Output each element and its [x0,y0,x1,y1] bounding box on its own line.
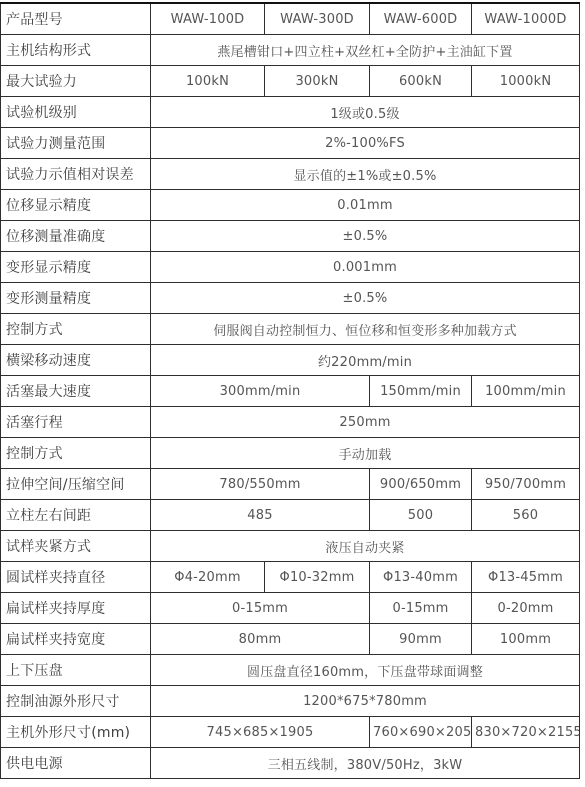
table-row: 试验力示值相对误差 显示值的±1%或±0.5% [1,159,580,190]
spec-value: 1200*675*780mm [151,686,580,717]
spec-value: 显示值的±1%或±0.5% [151,159,580,190]
spec-value: 1级或0.5级 [151,97,580,128]
spec-value: 约220mm/min [151,345,580,376]
table-row: 试验力测量范围 2%-100%FS [1,128,580,159]
spec-label: 试验力测量范围 [1,128,151,159]
spec-label: 位移显示精度 [1,190,151,221]
spec-value: 100kN [151,66,265,97]
spec-label: 试验力示值相对误差 [1,159,151,190]
table-row: 控制方式 伺服阀自动控制恒力、恒位移和恒变形多种加载方式 [1,314,580,345]
table-row: 活塞行程 250mm [1,407,580,438]
table-row: 变形显示精度 0.001mm [1,252,580,283]
spec-value: 100mm [472,624,580,655]
spec-label: 最大试验力 [1,66,151,97]
spec-value: 760×690×2055 [370,717,472,748]
spec-value: 745×685×1905 [151,717,370,748]
table-row: 上下压盘 圆压盘直径160mm，下压盘带球面调整 [1,655,580,686]
table-row: 位移测量准确度 ±0.5% [1,221,580,252]
spec-label: 扁试样夹持宽度 [1,624,151,655]
spec-value: 三相五线制，380V/50Hz，3kW [151,748,580,779]
table-row: 控制油源外形尺寸 1200*675*780mm [1,686,580,717]
spec-label: 活塞行程 [1,407,151,438]
spec-value: 0.01mm [151,190,580,221]
table-row: 立柱左右间距 485 500 560 [1,500,580,531]
spec-value: 830×720×2155 [472,717,580,748]
spec-value: 伺服阀自动控制恒力、恒位移和恒变形多种加载方式 [151,314,580,345]
spec-value: 液压自动夹紧 [151,531,580,562]
spec-label: 圆试样夹持直径 [1,562,151,593]
spec-label: 变形显示精度 [1,252,151,283]
spec-value: 手动加载 [151,438,580,469]
table-row: 拉伸空间/压缩空间 780/550mm 900/650mm 950/700mm [1,469,580,500]
table-row: 变形测量精度 ±0.5% [1,283,580,314]
spec-label: 位移测量准确度 [1,221,151,252]
spec-label: 控制方式 [1,314,151,345]
spec-label: 产品型号 [1,3,151,35]
spec-value: Φ10-32mm [265,562,370,593]
spec-label: 活塞最大速度 [1,376,151,407]
spec-value: 300mm/min [151,376,370,407]
table-row: 活塞最大速度 300mm/min 150mm/min 100mm/min [1,376,580,407]
spec-value: 560 [472,500,580,531]
spec-label: 上下压盘 [1,655,151,686]
spec-value: 485 [151,500,370,531]
spec-value: 100mm/min [472,376,580,407]
table-row: 主机外形尺寸(mm) 745×685×1905 760×690×2055 830… [1,717,580,748]
spec-value: Φ13-45mm [472,562,580,593]
spec-value: 2%-100%FS [151,128,580,159]
table-row: 试验机级别 1级或0.5级 [1,97,580,128]
spec-value: 圆压盘直径160mm，下压盘带球面调整 [151,655,580,686]
spec-label: 供电电源 [1,748,151,779]
table-row: 主机结构形式 燕尾槽钳口+四立柱+双丝杠+全防护+主油缸下置 [1,35,580,66]
table-row-model: 产品型号 WAW-100D WAW-300D WAW-600D WAW-1000… [1,3,580,35]
spec-value: 0-20mm [472,593,580,624]
model-cell: WAW-1000D [472,3,580,35]
model-cell: WAW-100D [151,3,265,35]
spec-value: 0-15mm [151,593,370,624]
spec-label: 立柱左右间距 [1,500,151,531]
spec-value: 80mm [151,624,370,655]
table-row: 供电电源 三相五线制，380V/50Hz，3kW [1,748,580,779]
spec-value: Φ13-40mm [370,562,472,593]
spec-value: 燕尾槽钳口+四立柱+双丝杠+全防护+主油缸下置 [151,35,580,66]
spec-value: 1000kN [472,66,580,97]
table-row: 试样夹紧方式 液压自动夹紧 [1,531,580,562]
spec-value: 950/700mm [472,469,580,500]
spec-label: 控制方式 [1,438,151,469]
table-row: 扁试样夹持厚度 0-15mm 0-15mm 0-20mm [1,593,580,624]
spec-value: 90mm [370,624,472,655]
spec-value: 0.001mm [151,252,580,283]
spec-label: 主机结构形式 [1,35,151,66]
table-row: 控制方式 手动加载 [1,438,580,469]
spec-label: 横梁移动速度 [1,345,151,376]
spec-label: 试样夹紧方式 [1,531,151,562]
product-spec-table: 产品型号 WAW-100D WAW-300D WAW-600D WAW-1000… [0,2,580,779]
spec-label: 试验机级别 [1,97,151,128]
spec-value: 0-15mm [370,593,472,624]
table-row: 横梁移动速度 约220mm/min [1,345,580,376]
spec-value: 780/550mm [151,469,370,500]
table-row: 位移显示精度 0.01mm [1,190,580,221]
spec-value: ±0.5% [151,221,580,252]
table-row: 圆试样夹持直径 Φ4-20mm Φ10-32mm Φ13-40mm Φ13-45… [1,562,580,593]
spec-value: 900/650mm [370,469,472,500]
model-cell: WAW-300D [265,3,370,35]
spec-value: Φ4-20mm [151,562,265,593]
spec-label: 拉伸空间/压缩空间 [1,469,151,500]
spec-value: 300kN [265,66,370,97]
model-cell: WAW-600D [370,3,472,35]
spec-label: 变形测量精度 [1,283,151,314]
table-row: 扁试样夹持宽度 80mm 90mm 100mm [1,624,580,655]
spec-value: ±0.5% [151,283,580,314]
spec-value: 500 [370,500,472,531]
spec-label: 控制油源外形尺寸 [1,686,151,717]
spec-label: 主机外形尺寸(mm) [1,717,151,748]
spec-value: 250mm [151,407,580,438]
spec-label: 扁试样夹持厚度 [1,593,151,624]
table-row: 最大试验力 100kN 300kN 600kN 1000kN [1,66,580,97]
spec-value: 150mm/min [370,376,472,407]
spec-value: 600kN [370,66,472,97]
